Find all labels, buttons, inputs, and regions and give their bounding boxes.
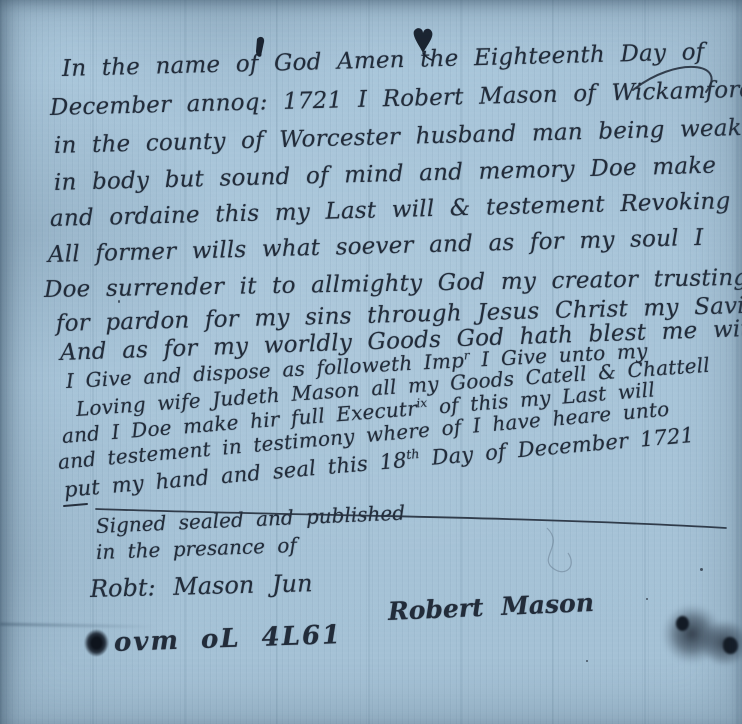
ink-speck [700,568,703,571]
ink-speck [646,598,648,600]
ink-blot-left [84,629,109,657]
witness-signature: Robt: Mason Jun [90,569,313,603]
will-line-1: In the name of God Amen the Eighteenth D… [62,39,705,82]
manuscript-page: In the name of God Amen the Eighteenth D… [0,0,742,724]
faint-squiggle [547,528,571,572]
ink-speck [586,660,588,662]
attestation-line-2: in the presance of [96,533,298,564]
ink-blot-core [676,616,689,631]
will-line-6: All former wills what soever and as for … [48,225,704,268]
will-line-3: in the county of Worcester husband man b… [54,115,742,159]
will-line-4: in body but sound of mind and memory Doe… [54,153,717,196]
unclear-annotation: ovm oL 4L61 [113,620,342,658]
will-line-5: and ordaine this my Last will & testemen… [50,188,731,232]
divider-dash [64,504,87,506]
testator-signature: Robert Mason [387,588,594,626]
ink-blot-core [723,637,738,654]
attestation-line-1: Signed sealed and published [95,501,405,538]
ink-blot-right-edge [700,620,742,666]
ink-blot-right [662,604,722,664]
will-line-2: December annoq: 1721 I Robert Mason of W… [50,77,742,121]
